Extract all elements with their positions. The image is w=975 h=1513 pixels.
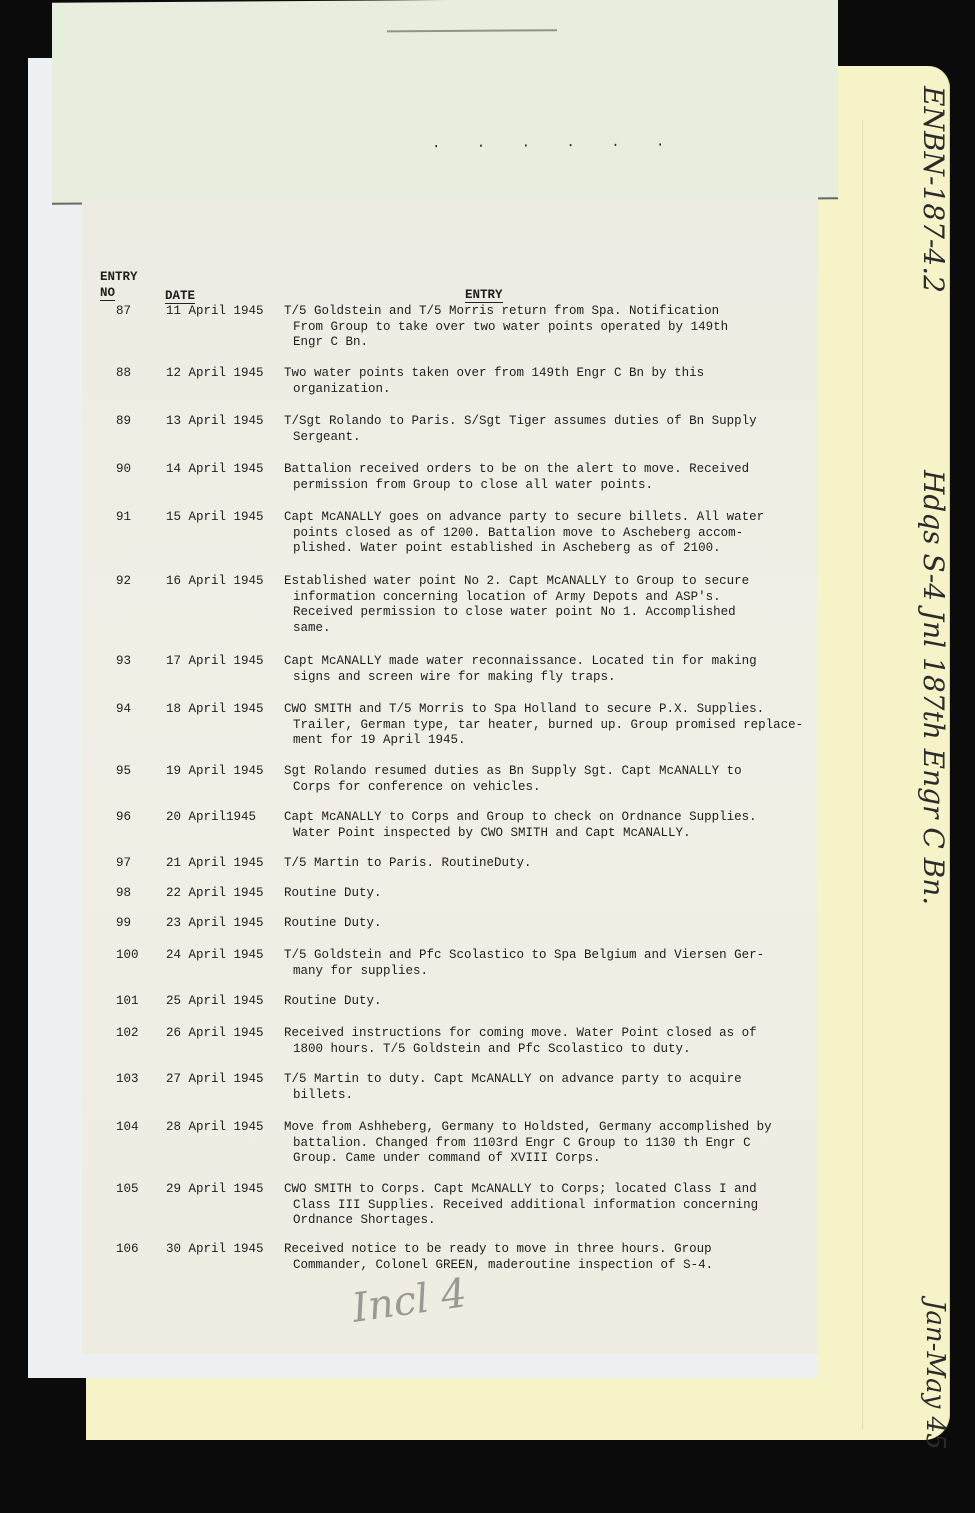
entry-date: 23 April 1945 xyxy=(166,916,264,932)
entry-number: 87 xyxy=(116,304,146,320)
flipped-previous-page[interactable]: . . . . . . xyxy=(52,0,838,205)
entry-date: 14 April 1945 xyxy=(166,462,264,478)
entry-text: CWO SMITH and T/5 Morris to Spa Holland … xyxy=(284,702,824,749)
entry-text: T/5 Martin to duty. Capt McANALLY on adv… xyxy=(284,1072,824,1103)
header-entry-label: ENTRY xyxy=(465,288,503,303)
entry-number: 99 xyxy=(116,916,146,932)
entry-date: 28 April 1945 xyxy=(166,1120,264,1136)
entry-number: 89 xyxy=(116,414,146,430)
entry-date: 21 April 1945 xyxy=(166,856,264,872)
entry-number: 102 xyxy=(116,1026,146,1042)
entry-date: 15 April 1945 xyxy=(166,510,264,526)
entry-number: 101 xyxy=(116,994,146,1010)
entry-number: 91 xyxy=(116,510,146,526)
entry-date: 20 April1945 xyxy=(166,810,256,826)
entry-date: 27 April 1945 xyxy=(166,1072,264,1088)
entry-text: Received instructions for coming move. W… xyxy=(284,1026,824,1057)
entry-number: 97 xyxy=(116,856,146,872)
entry-text: T/Sgt Rolando to Paris. S/Sgt Tiger assu… xyxy=(284,414,824,445)
entry-date: 25 April 1945 xyxy=(166,994,264,1010)
header-date: DATE xyxy=(165,289,195,303)
entry-number: 95 xyxy=(116,764,146,780)
entry-text: Capt McANALLY made water reconnaissance.… xyxy=(284,654,824,685)
entry-text: Routine Duty. xyxy=(284,994,824,1010)
entry-number: 104 xyxy=(116,1120,146,1136)
entry-text: T/5 Martin to Paris. RoutineDuty. xyxy=(284,856,824,872)
entry-text: Capt McANALLY goes on advance party to s… xyxy=(284,510,824,557)
entry-date: 29 April 1945 xyxy=(166,1182,264,1198)
faded-typewriter-marks: . . . . . . xyxy=(432,134,678,152)
journal-page: ENTRY NO DATE ENTRY 8711 April 1945T/5 G… xyxy=(82,196,818,1354)
entry-date: 26 April 1945 xyxy=(166,1026,264,1042)
header-date-label: DATE xyxy=(165,289,195,304)
header-entry-no-label: NO xyxy=(100,286,115,301)
header-entry-no-line1: ENTRY xyxy=(100,270,138,284)
entry-number: 98 xyxy=(116,886,146,902)
entry-text: Capt McANALLY to Corps and Group to chec… xyxy=(284,810,824,841)
entry-number: 90 xyxy=(116,462,146,478)
entry-number: 106 xyxy=(116,1242,146,1258)
entry-number: 94 xyxy=(116,702,146,718)
folder-tab-crease xyxy=(862,120,863,1430)
entry-text: Two water points taken over from 149th E… xyxy=(284,366,824,397)
entry-number: 92 xyxy=(116,574,146,590)
entry-text: Established water point No 2. Capt McANA… xyxy=(284,574,824,636)
folder-tab-label-code: ENBN-187-4.2 xyxy=(917,86,950,293)
entry-date: 17 April 1945 xyxy=(166,654,264,670)
entry-number: 103 xyxy=(116,1072,146,1088)
entry-text: T/5 Goldstein and T/5 Morris return from… xyxy=(284,304,824,351)
folder-tab-label-title: Hdqs S-4 Jnl 187th Engr C Bn. xyxy=(917,470,950,905)
header-entry: ENTRY xyxy=(465,288,503,302)
entry-date: 22 April 1945 xyxy=(166,886,264,902)
entry-text: Received notice to be ready to move in t… xyxy=(284,1242,824,1273)
faded-underline xyxy=(387,29,557,32)
entry-date: 24 April 1945 xyxy=(166,948,264,964)
entry-date: 12 April 1945 xyxy=(166,366,264,382)
entry-text: Routine Duty. xyxy=(284,916,824,932)
entry-text: Sgt Rolando resumed duties as Bn Supply … xyxy=(284,764,824,795)
entry-text: T/5 Goldstein and Pfc Scolastico to Spa … xyxy=(284,948,824,979)
entry-date: 11 April 1945 xyxy=(166,304,264,320)
entry-date: 13 April 1945 xyxy=(166,414,264,430)
header-entry-no: NO xyxy=(100,286,115,300)
entry-text: Battalion received orders to be on the a… xyxy=(284,462,824,493)
entry-date: 16 April 1945 xyxy=(166,574,264,590)
entry-text: Routine Duty. xyxy=(284,886,824,902)
entry-number: 100 xyxy=(116,948,146,964)
entry-date: 19 April 1945 xyxy=(166,764,264,780)
entry-date: 18 April 1945 xyxy=(166,702,264,718)
entry-number: 88 xyxy=(116,366,146,382)
entry-date: 30 April 1945 xyxy=(166,1242,264,1258)
entry-number: 93 xyxy=(116,654,146,670)
entry-text: CWO SMITH to Corps. Capt McANALLY to Cor… xyxy=(284,1182,824,1229)
folder-tab-label-dates: Jan-May 45 xyxy=(920,1300,950,1450)
entry-number: 96 xyxy=(116,810,146,826)
entry-number: 105 xyxy=(116,1182,146,1198)
entry-text: Move from Ashheberg, Germany to Holdsted… xyxy=(284,1120,824,1167)
